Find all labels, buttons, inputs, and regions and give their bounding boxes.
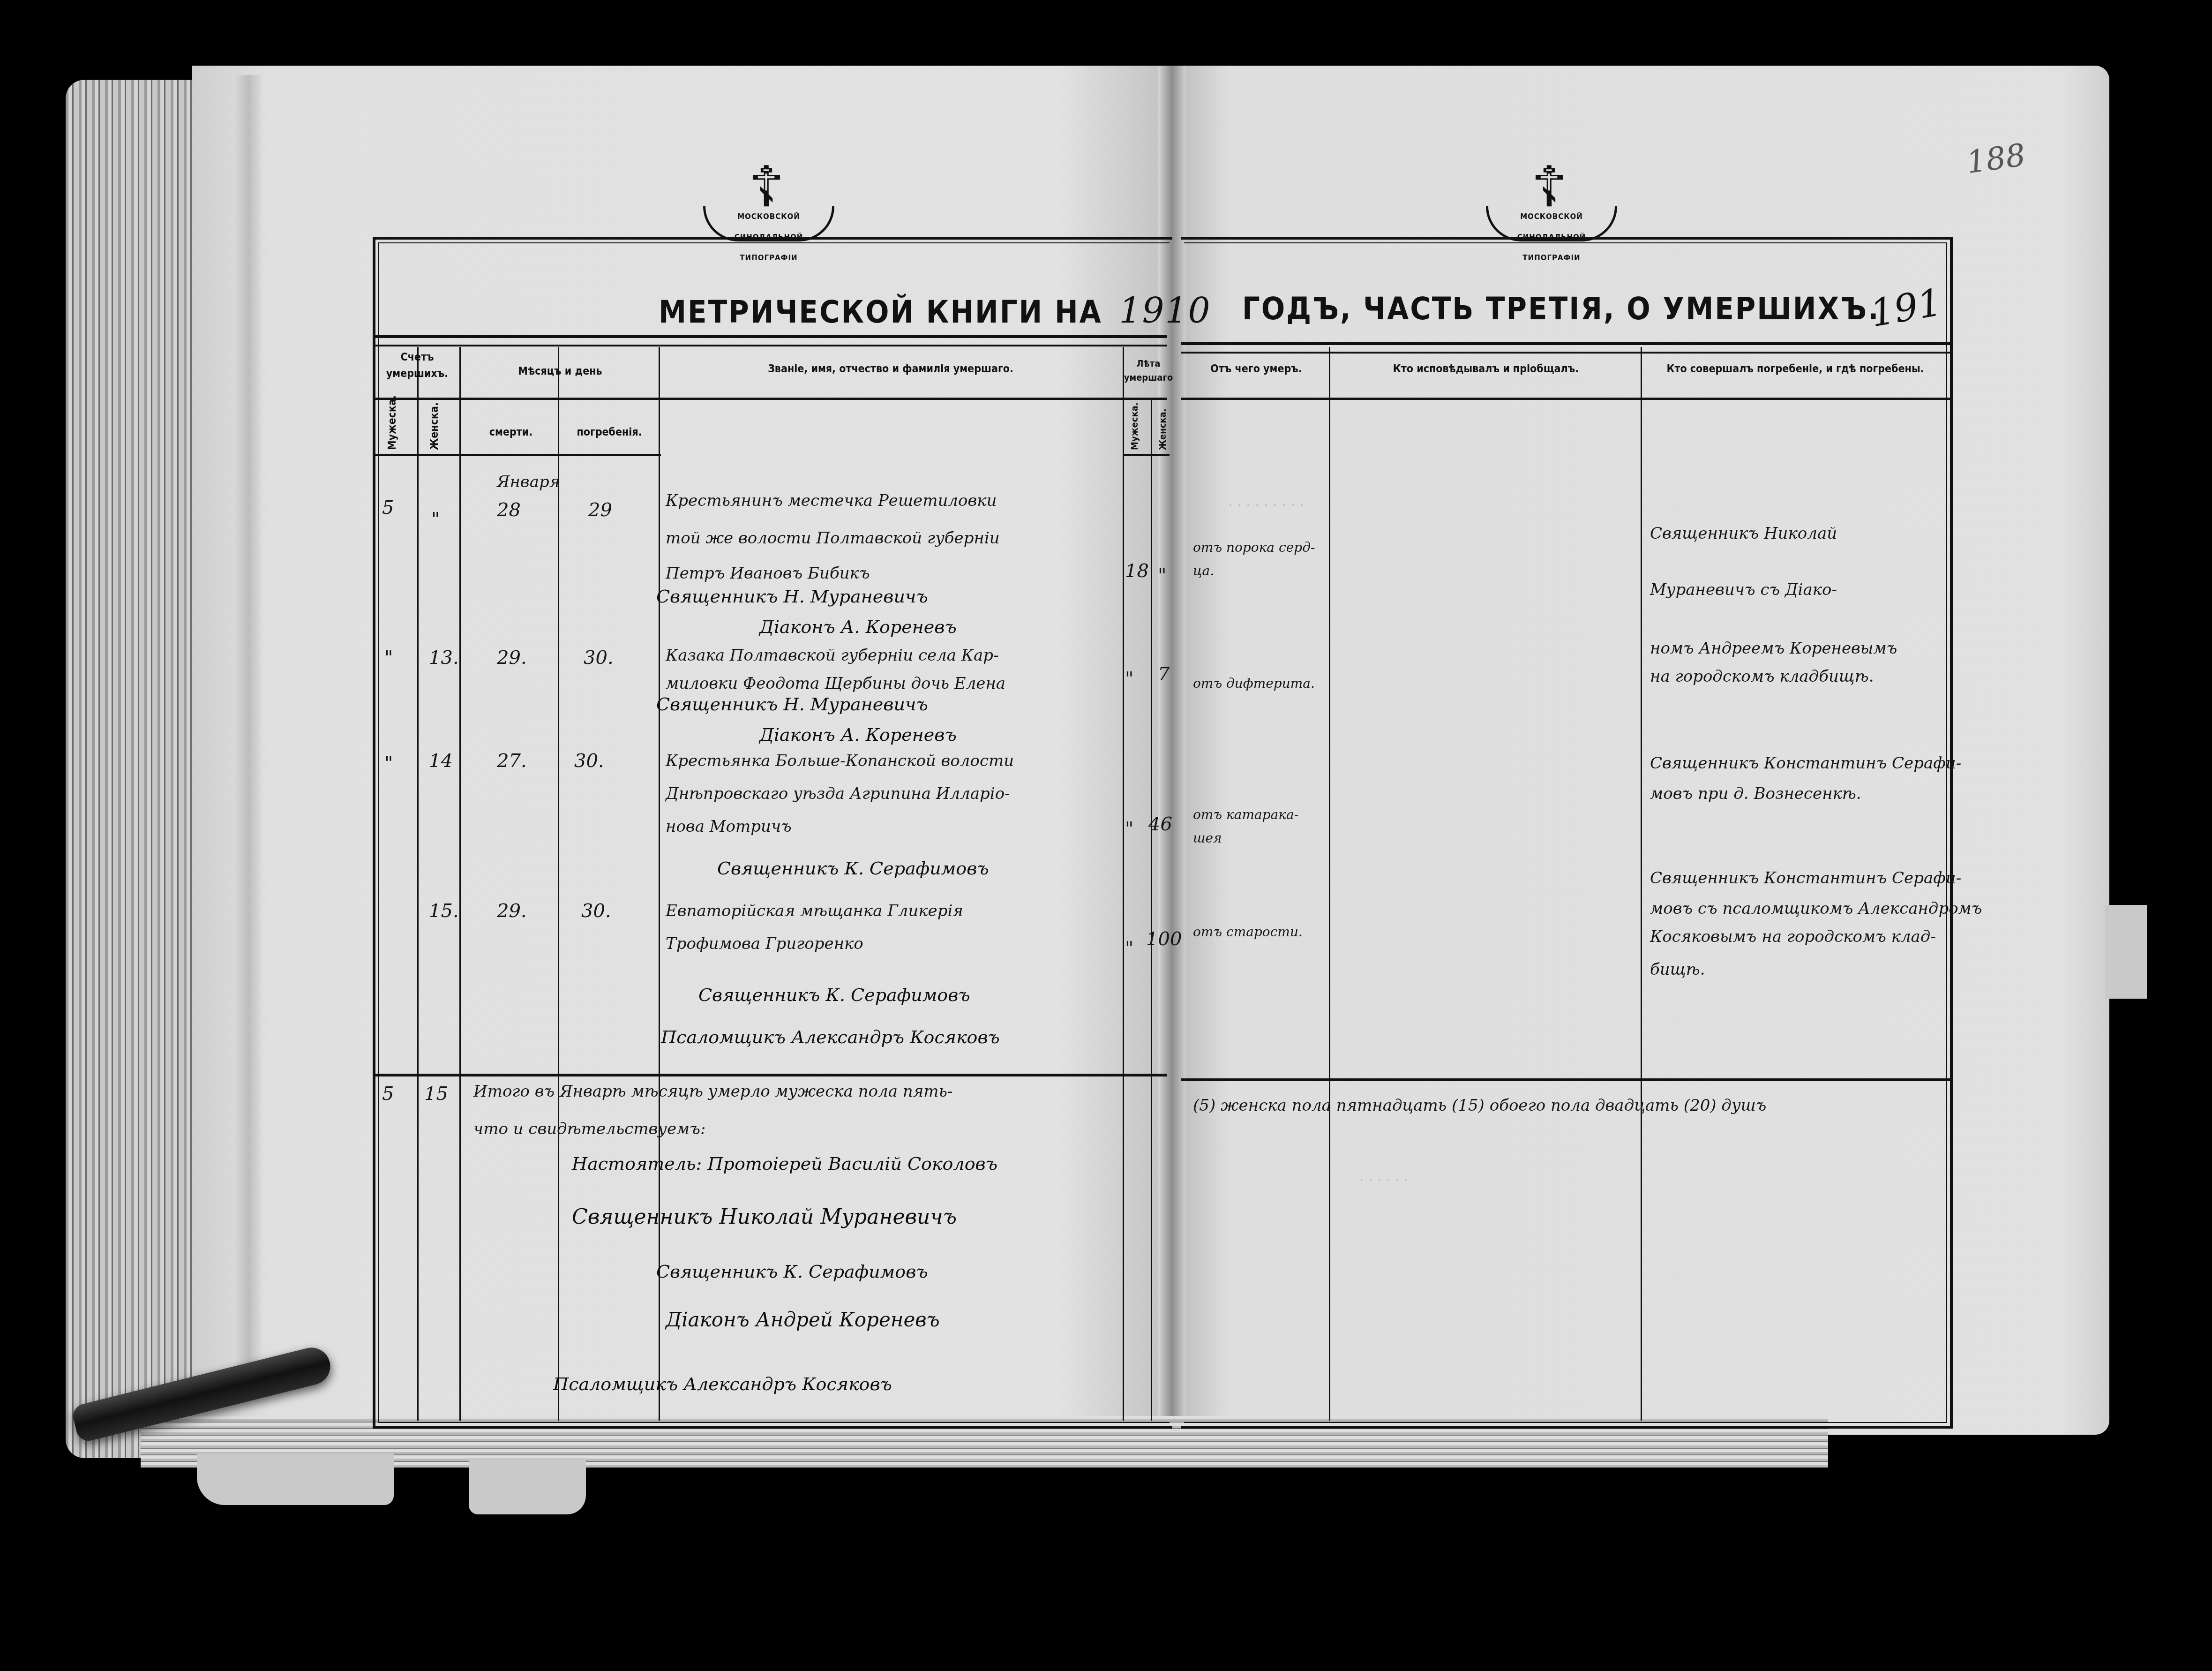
- imperial-emblem-left: ☦ МОСКОВСКОЙ СИНОДАЛЬНОЙ ТИПОГРАФІИ: [703, 155, 830, 248]
- colhead-age-female: Женска.: [1155, 413, 1170, 450]
- entry4-burial-line1: Священникъ Константинъ Серафи-: [1650, 865, 1961, 891]
- entry3-death-date: 27.: [497, 748, 527, 774]
- entry4-burial-line3: Косяковымъ на городскомъ клад-: [1650, 924, 1936, 950]
- entry1-death-date: 28: [497, 497, 521, 523]
- colhead-date: Мѣсяцъ и день: [464, 363, 656, 380]
- entry2-name-line1: Казака Полтавской губерніи села Кар-: [666, 642, 999, 669]
- entry1-age-male: 18: [1125, 558, 1149, 584]
- subheader-rule: [375, 454, 661, 456]
- imperial-emblem-right: ☦ МОСКОВСКОЙ СИНОДАЛЬНОЙ ТИПОГРАФІИ: [1486, 155, 1612, 248]
- entry1-signature-deacon: Діаконъ А. Кореневъ: [759, 617, 957, 637]
- entry1-name-line1: Крестьянинъ местечка Решетиловки: [666, 488, 997, 514]
- printer-ribbon: МОСКОВСКОЙ СИНОДАЛЬНОЙ ТИПОГРАФІИ: [1486, 206, 1617, 241]
- printer-ribbon: МОСКОВСКОЙ СИНОДАЛЬНОЙ ТИПОГРАФІИ: [703, 206, 834, 241]
- entry3-female-count: 14: [429, 748, 453, 774]
- entry3-burial-line1: Священникъ Константинъ Серафи-: [1650, 750, 1961, 776]
- entry3-cause-line1: отъ катарака-: [1193, 802, 1298, 828]
- entry4-cause-line1: отъ старости.: [1193, 919, 1303, 945]
- entry2-male-count: ": [384, 645, 393, 671]
- entry4-burial-line2: мовъ съ псаломщикомъ Александромъ: [1650, 896, 1982, 922]
- summary-line1-right: (5) женска пола пятнадцать (15) обоего п…: [1193, 1092, 1767, 1119]
- summary-female-total: 15: [424, 1081, 448, 1107]
- entry4-signature-psalmist: Псаломщикъ Александръ Косяковъ: [661, 1027, 1000, 1047]
- summary-signature-priest1: Священникъ Николай Мураневичъ: [572, 1205, 957, 1229]
- entry2-age-male: ": [1125, 666, 1133, 692]
- entry4-signature-priest: Священникъ К. Серафимовъ: [698, 985, 970, 1005]
- colhead-confessor: Кто исповѣдывалъ и пріобщалъ.: [1334, 361, 1638, 377]
- entry4-death-date: 29.: [497, 898, 527, 924]
- col-rule: [1329, 347, 1330, 1421]
- entry1-burial-line3: номъ Андреемъ Кореневымъ: [1650, 635, 1897, 662]
- entry3-cause-line2: шея: [1193, 825, 1222, 851]
- entry4-female-count: 15.: [429, 898, 459, 924]
- form-frame-right: [1181, 237, 1953, 1429]
- torn-paper-bottom: [469, 1458, 586, 1514]
- colhead-name: Званіе, имя, отчество и фамилія умершаго…: [663, 361, 1118, 377]
- entry2-death-date: 29.: [497, 645, 527, 671]
- entry1-signature-priest: Священникъ Н. Мураневичъ: [656, 586, 928, 607]
- entry4-name-line1: Евпаторійская мѣщанка Гликерія: [666, 898, 963, 924]
- entry3-name-line1: Крестьянка Больше-Копанской волости: [666, 748, 1014, 774]
- book-page-edges: [66, 80, 206, 1458]
- colhead-count-male: Мужеска.: [384, 413, 401, 450]
- title-rule-left: [375, 335, 1167, 346]
- water-stain: [234, 75, 262, 1388]
- entry2-cause-line1: отъ дифтерита.: [1193, 670, 1315, 697]
- summary-male-total: 5: [382, 1081, 394, 1107]
- entry1-cause-line2: ца.: [1193, 558, 1214, 584]
- entry3-male-count: ": [384, 750, 393, 776]
- entry3-signature-priest: Священникъ К. Серафимовъ: [717, 858, 989, 879]
- entry2-age-female: 7: [1158, 661, 1170, 687]
- col-rule: [659, 347, 660, 1421]
- col-rule: [417, 347, 419, 1421]
- entry4-age-female: 100: [1146, 926, 1182, 952]
- colhead-burial: Кто совершалъ погребеніе, и гдѣ погребен…: [1645, 361, 1945, 377]
- summary-line2: что и свидѣтельствуемъ:: [473, 1116, 705, 1142]
- summary-signature-deacon: Діаконъ Андрей Кореневъ: [666, 1308, 940, 1331]
- entry2-female-count: 13.: [429, 645, 459, 671]
- entry2-name-line2: миловки Феодота Щербины дочь Елена: [666, 670, 1005, 697]
- entry2-burial-date: 30.: [584, 645, 614, 671]
- col-rule: [1151, 399, 1152, 1421]
- entry4-age-male: ": [1125, 935, 1133, 962]
- entry3-burial-date: 30.: [574, 748, 604, 774]
- summary-rule-right: [1181, 1078, 1950, 1081]
- subheader-rule: [1123, 454, 1170, 456]
- entry2-signature-priest: Священникъ Н. Мураневичъ: [656, 694, 928, 715]
- colhead-count: Счетъ умершихъ.: [375, 349, 459, 382]
- summary-rule-left: [375, 1074, 1167, 1076]
- colhead-age-male: Мужеска.: [1127, 413, 1141, 450]
- entry1-age-female: ": [1158, 563, 1166, 589]
- summary-signature-rector: Настоятель: Протоіерей Василій Соколовъ: [572, 1153, 997, 1174]
- title-rule-right: [1181, 342, 1950, 354]
- bleed-through-text: · · · · · ·: [1359, 1172, 1409, 1189]
- summary-signature-priest2: Священникъ К. Серафимовъ: [656, 1261, 928, 1282]
- colhead-count-female: Женска.: [427, 413, 443, 450]
- entry2-signature-deacon: Діаконъ А. Кореневъ: [759, 724, 957, 745]
- torn-paper-left: [197, 1453, 394, 1505]
- entry1-name-line3: Петръ Ивановъ Бибикъ: [666, 560, 870, 587]
- entry1-cause-line1: отъ порока серд-: [1193, 534, 1315, 561]
- entry4-name-line2: Трофимова Григоренко: [666, 931, 863, 957]
- entry1-burial-line2: Мураневичъ съ Діако-: [1650, 577, 1837, 603]
- header-rule-left: [375, 398, 1167, 400]
- colhead-cause: Отъ чего умеръ.: [1186, 361, 1327, 377]
- entry1-burial-date: 29: [588, 497, 612, 523]
- entry1-name-line2: той же волости Полтавской губерніи: [666, 525, 1000, 551]
- entry1-burial-line4: на городскомъ кладбищѣ.: [1650, 663, 1874, 690]
- colhead-age: Лѣта умершаго: [1123, 356, 1174, 384]
- colhead-date-death: смерти.: [469, 424, 553, 441]
- entry4-burial-line4: бищѣ.: [1650, 956, 1705, 983]
- summary-signature-psalmist: Псаломщикъ Александръ Косяковъ: [553, 1374, 892, 1394]
- col-rule: [558, 347, 559, 1421]
- summary-line1-left: Итого въ Январѣ мѣсяцѣ умерло мужеска по…: [473, 1078, 952, 1105]
- col-rule: [1641, 347, 1642, 1421]
- header-rule-right: [1181, 398, 1950, 400]
- month-label: Января: [497, 469, 560, 495]
- entry3-burial-line2: мовъ при д. Вознесенкѣ.: [1650, 781, 1861, 807]
- entry1-burial-line1: Священникъ Николай: [1650, 520, 1837, 547]
- bleed-through-text: · · · · · · · · ·: [1228, 497, 1304, 513]
- entry1-male-count: 5: [382, 495, 394, 521]
- torn-paper-right: [2105, 905, 2147, 999]
- entry3-age-male: ": [1125, 816, 1133, 842]
- entry3-name-line3: нова Мотричъ: [666, 813, 792, 840]
- col-rule: [1123, 347, 1124, 1421]
- col-rule: [459, 347, 461, 1421]
- entry4-burial-date: 30.: [581, 898, 611, 924]
- entry3-age-female: 46: [1148, 811, 1172, 837]
- entry3-name-line2: Днѣпровскаго уѣзда Агрипина Илларіо-: [666, 781, 1010, 807]
- colhead-date-burial: погребенія.: [562, 424, 656, 441]
- entry1-female-count: ": [431, 506, 440, 533]
